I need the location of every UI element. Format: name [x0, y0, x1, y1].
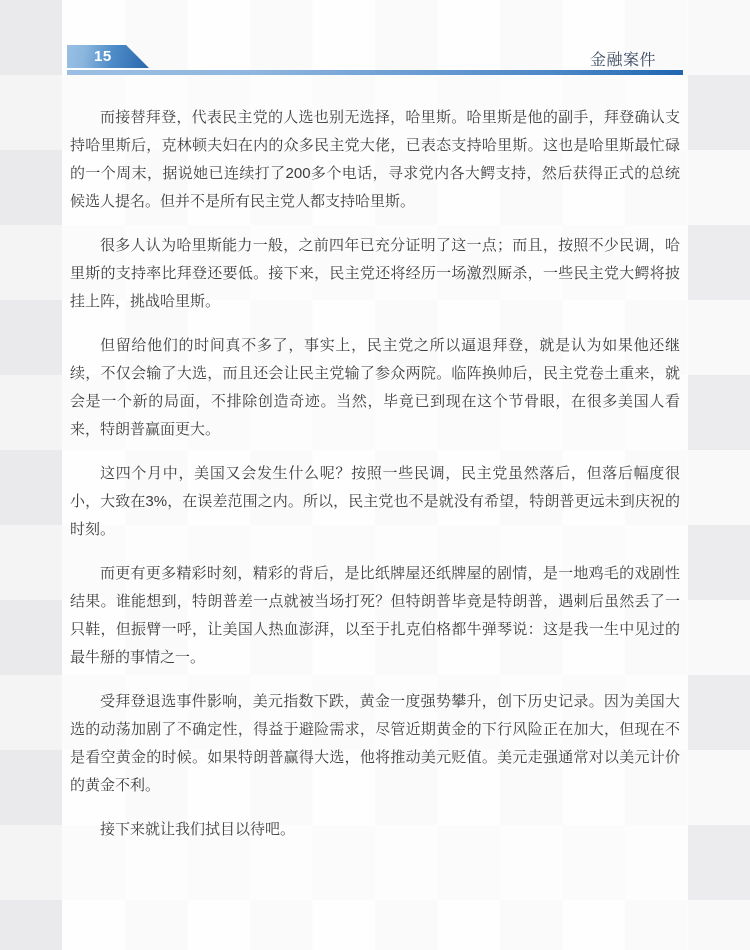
header-divider [67, 70, 683, 75]
paragraph: 而更有更多精彩时刻，精彩的背后，是比纸牌屋还纸牌屋的剧情，是一地鸡毛的戏剧性结果… [70, 560, 680, 672]
paragraph: 这四个月中，美国又会发生什么呢？按照一些民调，民主党虽然落后，但落后幅度很小，大… [70, 460, 680, 544]
paragraph: 而接替拜登，代表民主党的人选也别无选择，哈里斯。哈里斯是他的副手，拜登确认支持哈… [70, 104, 680, 216]
page-number-badge: 15 [67, 45, 149, 68]
paragraph: 接下来就让我们拭目以待吧。 [70, 816, 680, 844]
paragraph: 很多人认为哈里斯能力一般，之前四年已充分证明了这一点；而且，按照不少民调，哈里斯… [70, 232, 680, 316]
section-title: 金融案件 [590, 47, 656, 70]
article-body: 而接替拜登，代表民主党的人选也别无选择，哈里斯。哈里斯是他的副手，拜登确认支持哈… [70, 104, 680, 844]
paragraph: 受拜登退选事件影响，美元指数下跌，黄金一度强势攀升，创下历史记录。因为美国大选的… [70, 688, 680, 800]
paragraph: 但留给他们的时间真不多了，事实上，民主党之所以逼退拜登，就是认为如果他还继续，不… [70, 332, 680, 444]
document-page: 15 金融案件 而接替拜登，代表民主党的人选也别无选择，哈里斯。哈里斯是他的副手… [62, 0, 688, 950]
page-number: 15 [94, 48, 112, 65]
page-header: 15 金融案件 [62, 0, 688, 80]
app-background: { "header": { "page_number": "15", "sect… [0, 0, 750, 950]
